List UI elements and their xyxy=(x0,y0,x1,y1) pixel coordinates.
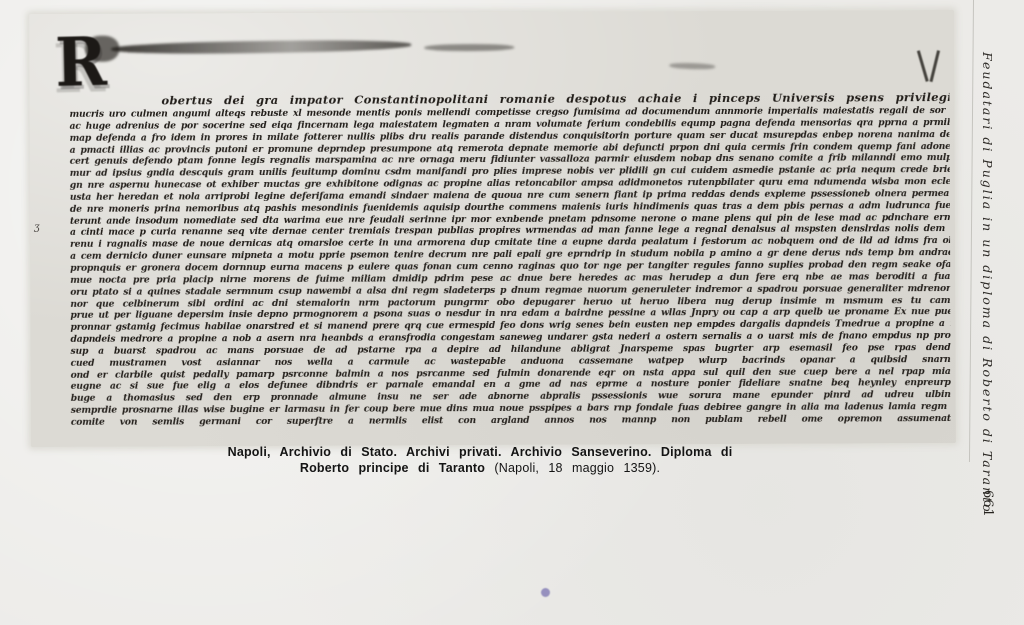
caption: Napoli, Archivio di Stato. Archivi priva… xyxy=(0,444,960,476)
ink-smudge xyxy=(111,39,411,55)
margin-annotation-mark: ʒ xyxy=(34,222,40,233)
caption-line-1: Napoli, Archivio di Stato. Archivi priva… xyxy=(0,444,960,460)
ink-dot xyxy=(541,588,550,597)
ink-smudge xyxy=(669,62,715,69)
page-number: 661 xyxy=(980,490,995,518)
running-margin-title: Feudatari di Puglia in un diploma di Rob… xyxy=(980,52,995,482)
page-edge-rule xyxy=(969,0,974,462)
book-page: { "page": { "margin_title": "Feudatari d… xyxy=(0,0,1024,625)
manuscript-text-block: obertus dei gra impator Constantinopolit… xyxy=(69,90,950,429)
ink-smudge xyxy=(424,44,514,51)
illuminated-initial: R xyxy=(55,29,108,97)
manuscript-line: comite von semlis germani cor superftre … xyxy=(71,413,951,429)
caption-line-2: Roberto principe di Taranto (Napoli, 18 … xyxy=(0,460,960,476)
caption-line-2-bold: Roberto principe di Taranto xyxy=(300,461,485,475)
manuscript-photo: R ʒ obertus dei gra impator Constantinop… xyxy=(29,10,956,447)
caption-line-2-regular: (Napoli, 18 maggio 1359). xyxy=(494,461,660,475)
flourish-mark xyxy=(917,50,943,84)
